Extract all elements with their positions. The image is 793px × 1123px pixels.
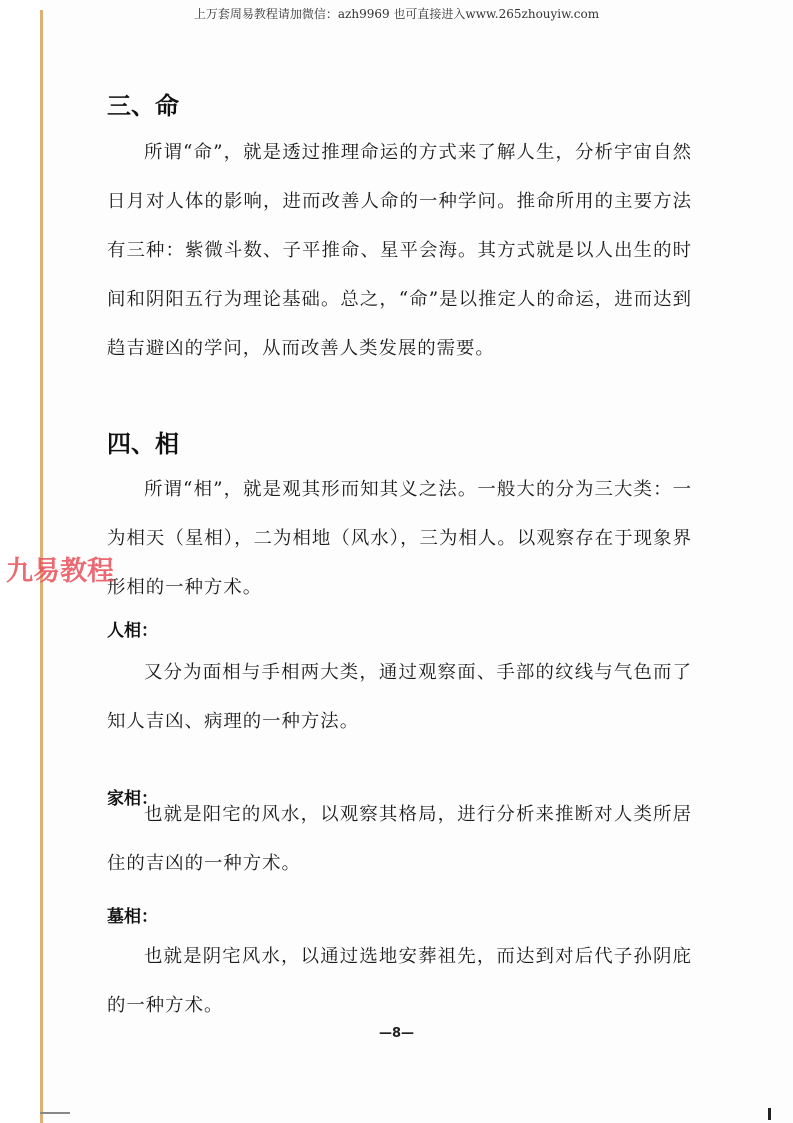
section-title-xiang: 四、相: [107, 424, 179, 459]
document-page: 上万套周易教程请加微信：azh9969 也可直接进入www.265zhouyiw…: [0, 0, 793, 1123]
paragraph-renxiang: 又分为面相与手相两大类，通过观察面、手部的纹线与气色而了知人吉凶、病理的一种方法…: [107, 648, 692, 746]
side-watermark: 九易教程: [6, 549, 114, 588]
section-title-ming: 三、命: [107, 86, 179, 121]
subsection-title-renxiang: 人相：: [107, 616, 158, 641]
paragraph-xiang: 所谓“相”，就是观其形而知其义之法。一般大的分为三大类：一为相天（星相），二为相…: [107, 465, 692, 612]
paragraph-muxiang: 也就是阴宅风水，以通过选地安葬祖先，而达到对后代子孙阴庇的一种方术。: [107, 932, 692, 1030]
paragraph-jiaxiang: 也就是阳宅的风水，以观察其格局，进行分析来推断对人类所居住的吉凶的一种方术。: [107, 790, 692, 888]
scan-artifact-right: [768, 1108, 771, 1120]
scan-artifact-left: [40, 1112, 70, 1114]
page-number: —8—: [0, 1026, 793, 1041]
paragraph-ming: 所谓“命”，就是透过推理命运的方式来了解人生，分析宇宙自然日月对人体的影响，进而…: [107, 128, 692, 373]
subsection-title-muxiang: 墓相：: [107, 902, 158, 927]
header-watermark: 上万套周易教程请加微信：azh9969 也可直接进入www.265zhouyiw…: [0, 5, 793, 22]
